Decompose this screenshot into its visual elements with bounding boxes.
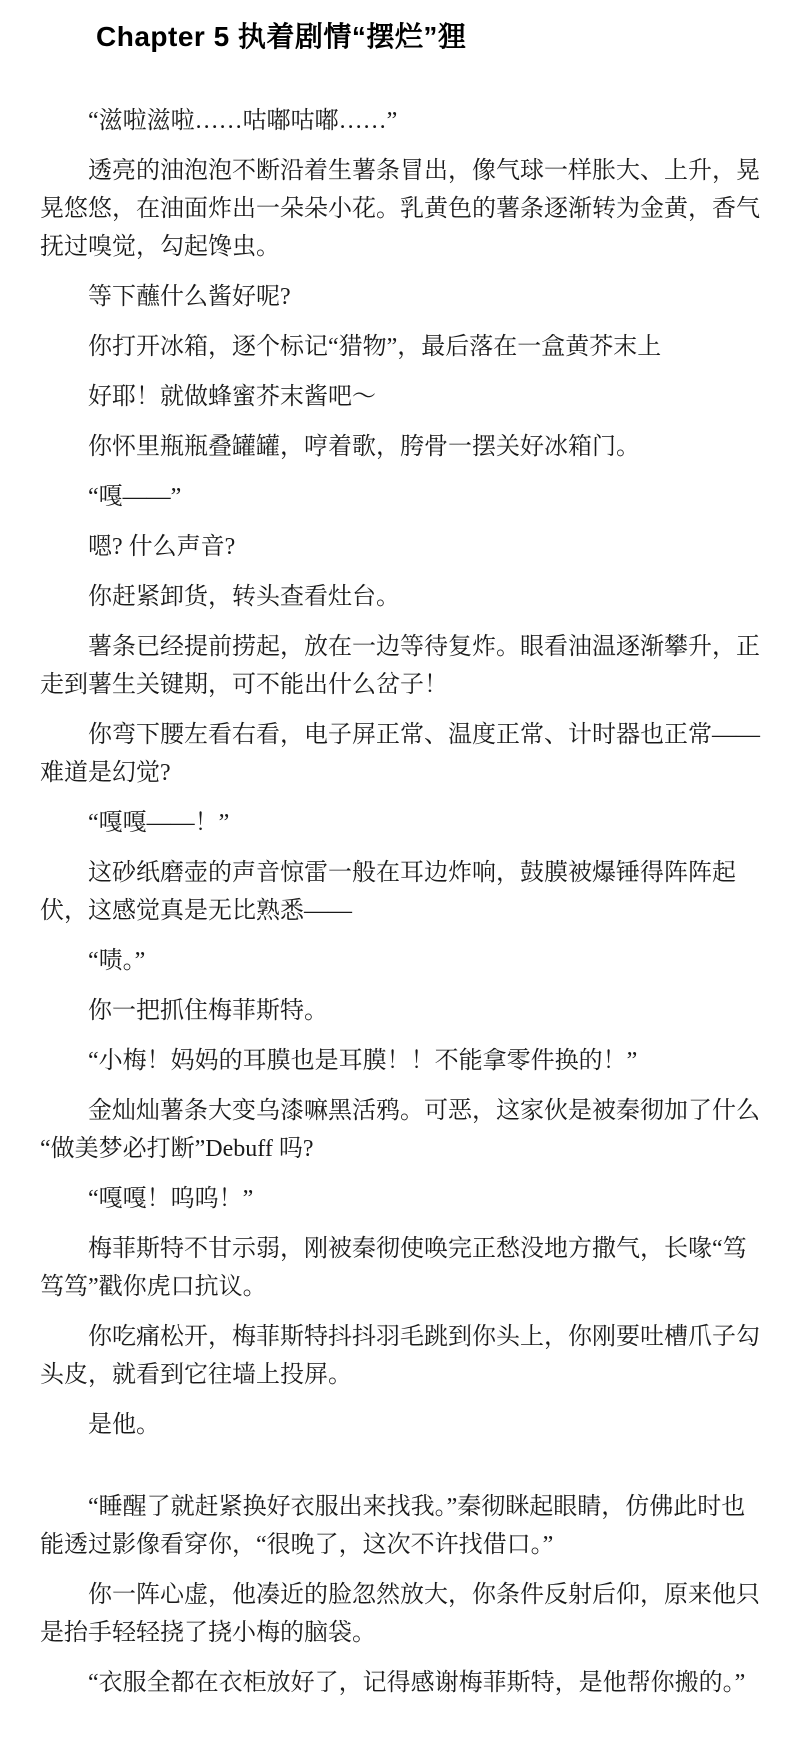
paragraph: 是他。 [40, 1406, 760, 1444]
paragraph: “嘎嘎！呜呜！” [40, 1180, 760, 1218]
paragraph: “嘎——” [40, 478, 760, 516]
paragraph: 你吃痛松开，梅菲斯特抖抖羽毛跳到你头上，你刚要吐槽爪子勾头皮，就看到它往墙上投屏… [40, 1318, 760, 1394]
paragraph: 等下蘸什么酱好呢? [40, 278, 760, 316]
paragraph: 你弯下腰左看右看，电子屏正常、温度正常、计时器也正常——难道是幻觉? [40, 716, 760, 792]
paragraph: 嗯? 什么声音? [40, 528, 760, 566]
paragraph: 梅菲斯特不甘示弱，刚被秦彻使唤完正愁没地方撒气，长喙“笃笃笃”戳你虎口抗议。 [40, 1230, 760, 1306]
paragraph: 你一阵心虚，他凑近的脸忽然放大，你条件反射后仰，原来他只是抬手轻轻挠了挠小梅的脑… [40, 1576, 760, 1652]
chapter-title: Chapter 5 执着剧情“摆烂”狸 [40, 20, 760, 54]
document-page: Chapter 5 执着剧情“摆烂”狸 “滋啦滋啦……咕嘟咕嘟……”透亮的油泡泡… [0, 0, 800, 1759]
paragraph: 金灿灿薯条大变乌漆嘛黑活鸦。可恶，这家伙是被秦彻加了什么“做美梦必打断”Debu… [40, 1092, 760, 1168]
paragraph: “睡醒了就赶紧换好衣服出来找我。”秦彻眯起眼睛，仿佛此时也能透过影像看穿你，“很… [40, 1488, 760, 1564]
paragraph: 你怀里瓶瓶叠罐罐，哼着歌，胯骨一摆关好冰箱门。 [40, 428, 760, 466]
paragraph: “小梅！妈妈的耳膜也是耳膜！！不能拿零件换的！” [40, 1042, 760, 1080]
paragraph: 你打开冰箱，逐个标记“猎物”，最后落在一盒黄芥末上 [40, 328, 760, 366]
paragraph: 薯条已经提前捞起，放在一边等待复炸。眼看油温逐渐攀升，正走到薯生关键期，可不能出… [40, 628, 760, 704]
paragraph: 透亮的油泡泡不断沿着生薯条冒出，像气球一样胀大、上升，晃晃悠悠，在油面炸出一朵朵… [40, 152, 760, 266]
paragraph: “嘎嘎——！” [40, 804, 760, 842]
paragraph: 好耶！就做蜂蜜芥末酱吧～ [40, 378, 760, 416]
chapter-body: “滋啦滋啦……咕嘟咕嘟……”透亮的油泡泡不断沿着生薯条冒出，像气球一样胀大、上升… [40, 102, 760, 1702]
paragraph: “滋啦滋啦……咕嘟咕嘟……” [40, 102, 760, 140]
paragraph: “啧。” [40, 942, 760, 980]
paragraph: 你赶紧卸货，转头查看灶台。 [40, 578, 760, 616]
paragraph: 这砂纸磨壶的声音惊雷一般在耳边炸响，鼓膜被爆锤得阵阵起伏，这感觉真是无比熟悉—— [40, 854, 760, 930]
paragraph: “衣服全都在衣柜放好了，记得感谢梅菲斯特，是他帮你搬的。” [40, 1664, 760, 1702]
paragraph: 你一把抓住梅菲斯特。 [40, 992, 760, 1030]
